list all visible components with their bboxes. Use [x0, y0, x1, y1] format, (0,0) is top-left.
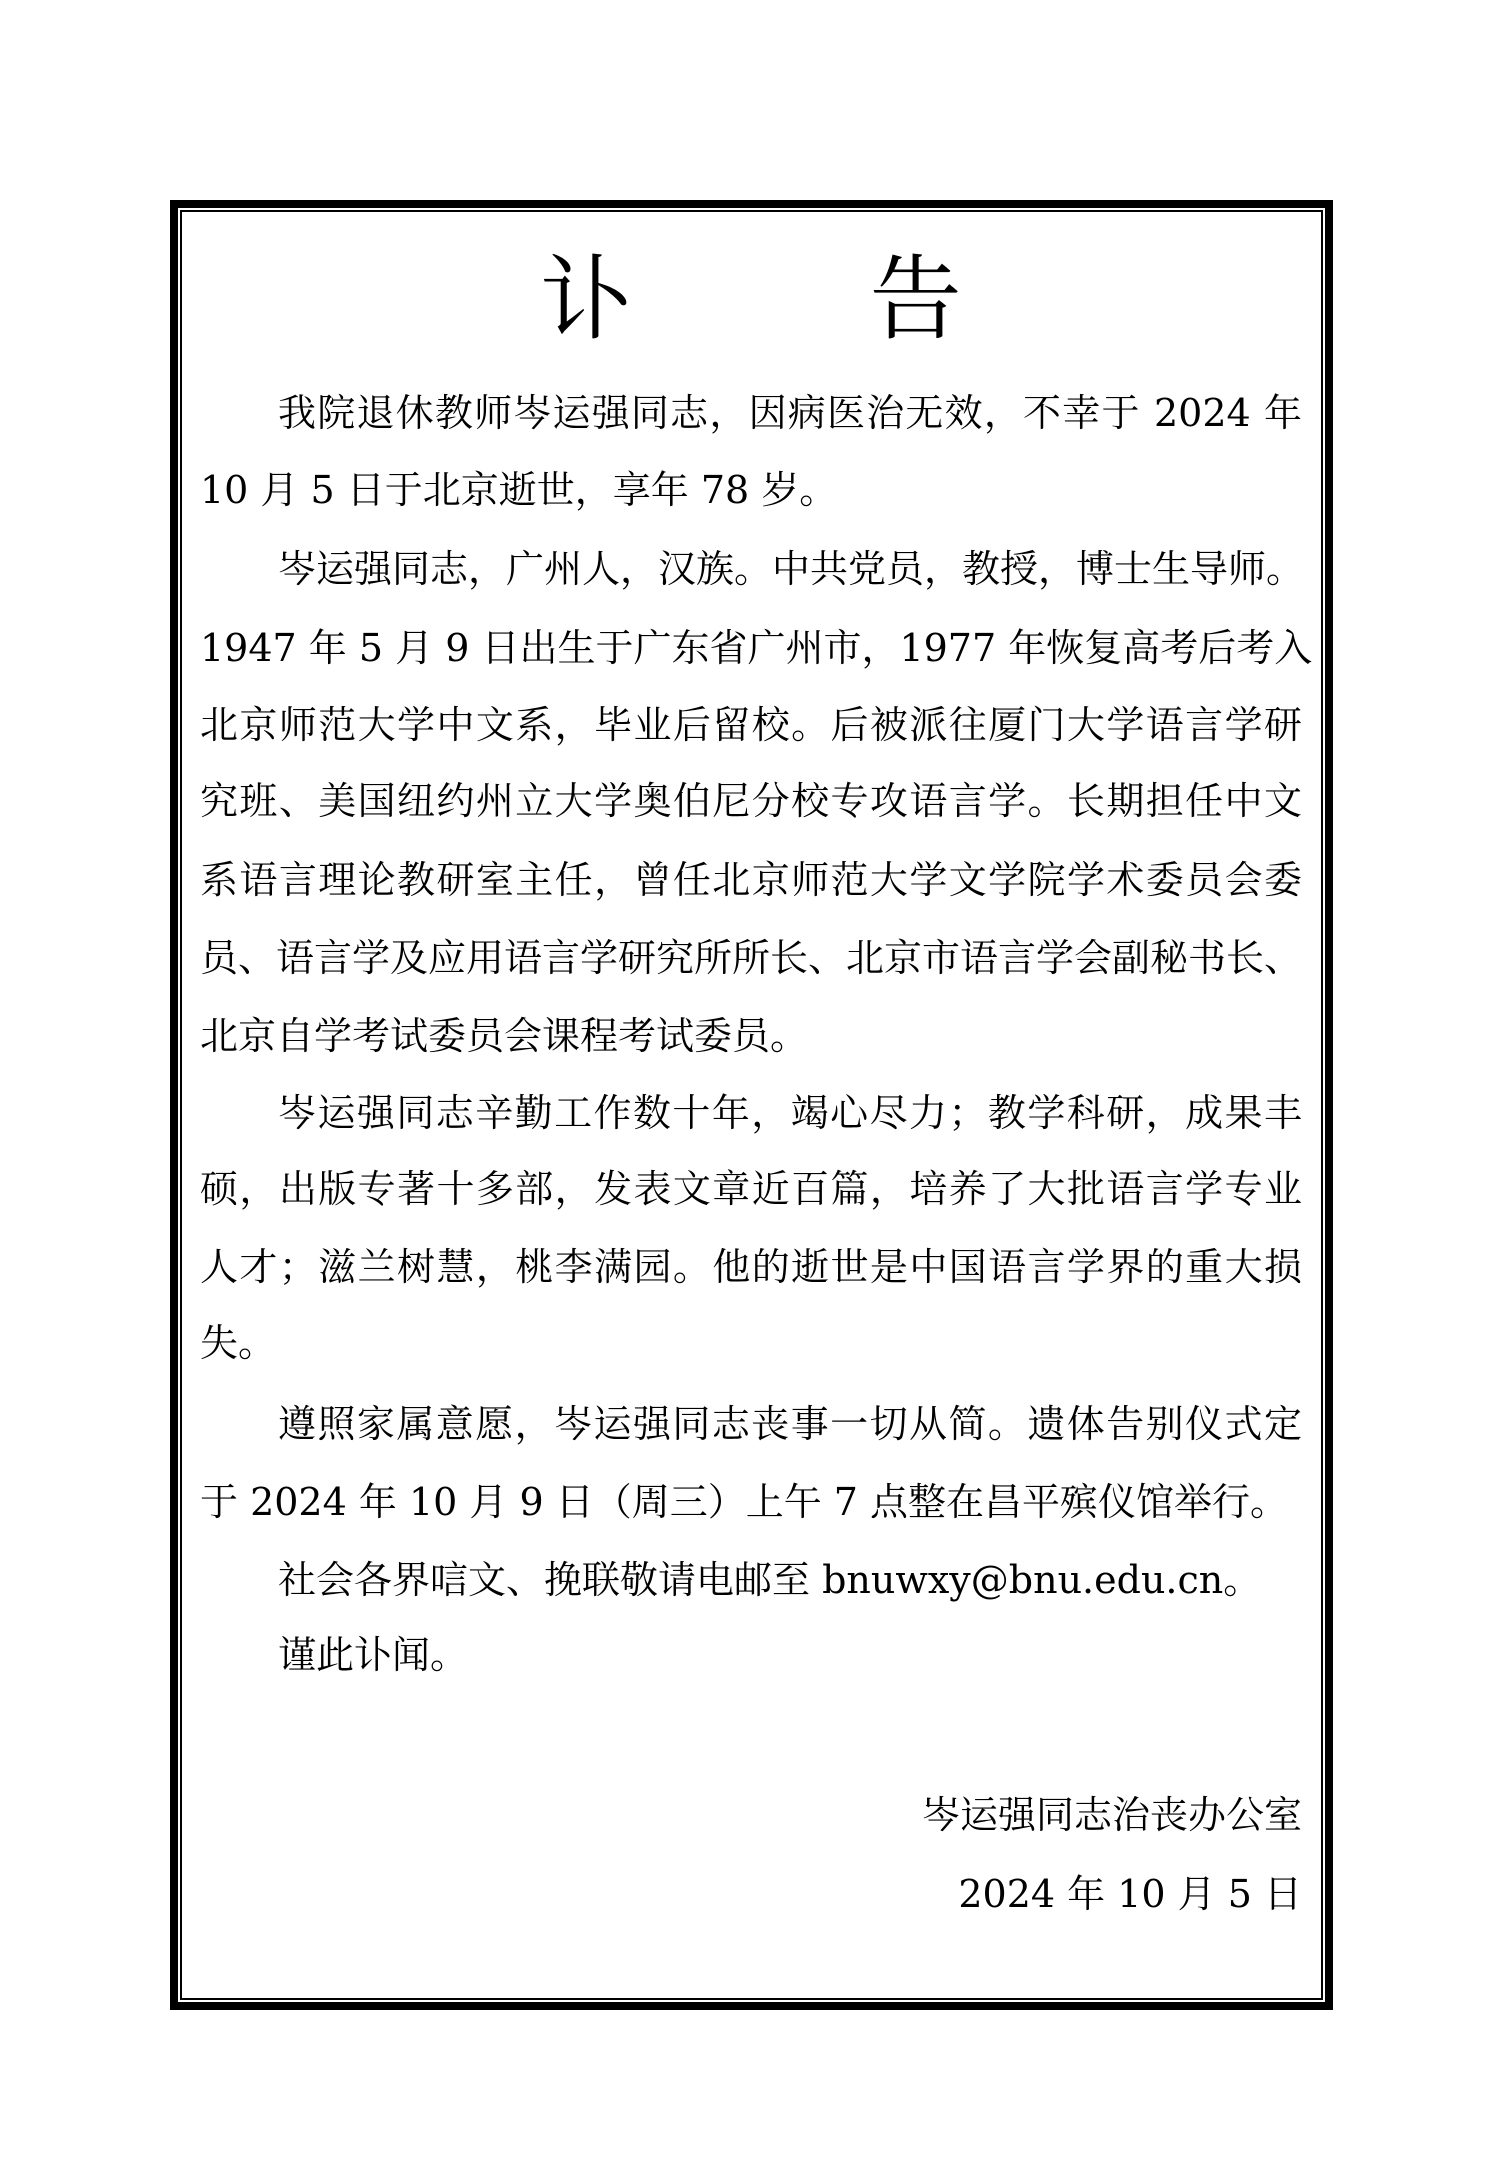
body-line: 谨此讣闻。 [278, 1632, 1302, 1678]
body-line: 究班、美国纽约州立大学奥伯尼分校专攻语言学。长期担任中文 [200, 778, 1302, 824]
body-line: 遵照家属意愿，岑运强同志丧事一切从简。遗体告别仪式定 [278, 1401, 1302, 1447]
body-line: 岑运强同志辛勤工作数十年，竭心尽力；教学科研，成果丰 [278, 1090, 1302, 1136]
body-line: 失。 [200, 1320, 1302, 1366]
body-line: 北京师范大学中文系，毕业后留校。后被派往厦门大学语言学研 [200, 702, 1302, 748]
body-line: 1947 年 5 月 9 日出生于广东省广州市，1977 年恢复高考后考入 [200, 625, 1302, 671]
body-line: 人才；滋兰树慧，桃李满园。他的逝世是中国语言学界的重大损 [200, 1244, 1302, 1290]
body-line: 10 月 5 日于北京逝世，享年 78 岁。 [200, 467, 1302, 513]
body-line: 系语言理论教研室主任，曾任北京师范大学文学院学术委员会委 [200, 857, 1302, 903]
body-line: 岑运强同志，广州人，汉族。中共党员，教授，博士生导师。 [278, 546, 1302, 592]
signature-date: 2024 年 10 月 5 日 [958, 1871, 1302, 1917]
body-line: 员、语言学及应用语言学研究所所长、北京市语言学会副秘书长、 [200, 935, 1302, 981]
document-title: 讣 告 [0, 250, 1502, 350]
body-line: 北京自学考试委员会课程考试委员。 [200, 1013, 1302, 1059]
body-line: 我院退休教师岑运强同志，因病医治无效，不幸于 2024 年 [278, 390, 1302, 436]
body-line: 于 2024 年 10 月 9 日（周三）上午 7 点整在昌平殡仪馆举行。 [200, 1479, 1302, 1525]
body-line: 社会各界唁文、挽联敬请电邮至 bnuwxy@bnu.edu.cn。 [278, 1557, 1302, 1603]
signature-organization: 岑运强同志治丧办公室 [922, 1792, 1302, 1838]
body-line: 硕，出版专著十多部，发表文章近百篇，培养了大批语言学专业 [200, 1166, 1302, 1212]
